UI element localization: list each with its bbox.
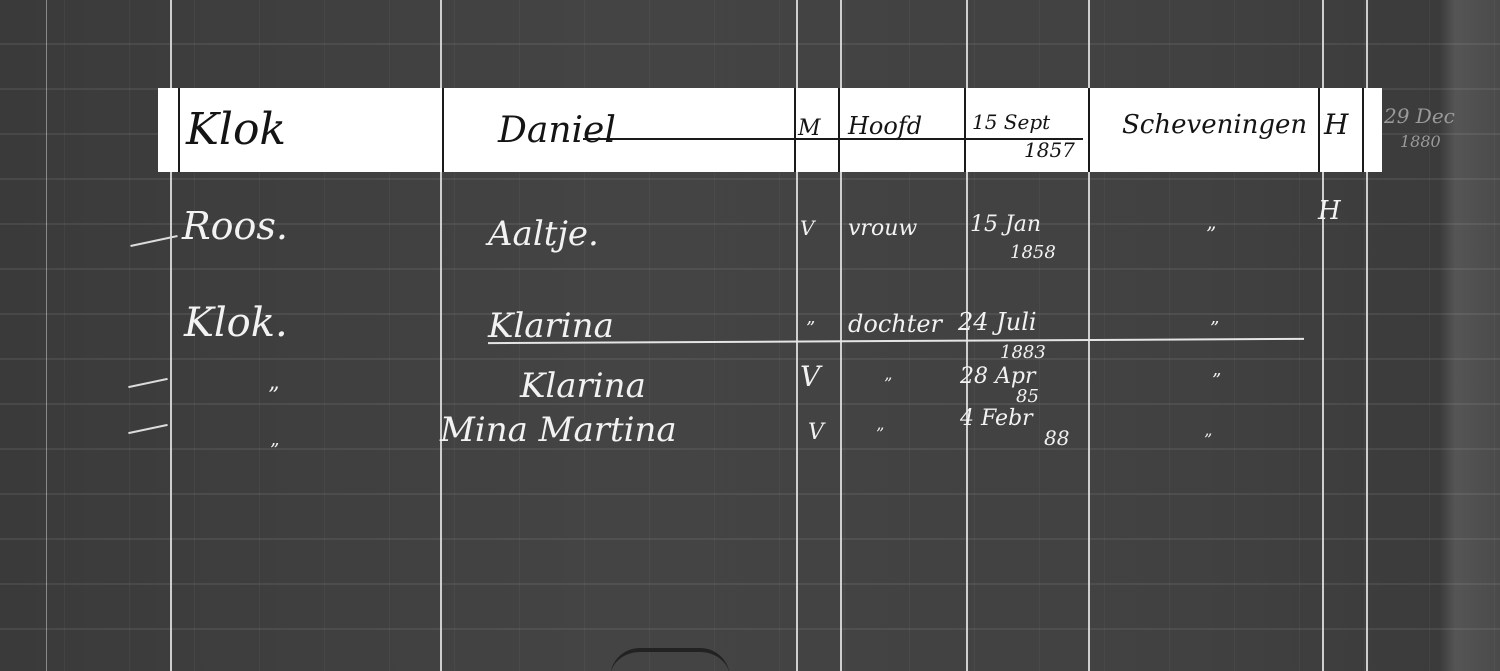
- register-page: Klok Daniel M Hoofd 15 Sept 1857 Scheven…: [0, 0, 1500, 671]
- cell-sex: V: [808, 420, 824, 445]
- cell-birth-year: 1858: [1010, 242, 1056, 263]
- cell-sex: V: [800, 360, 820, 393]
- cell-first-name: Daniel: [498, 110, 616, 151]
- row-marker-dash: [128, 378, 168, 388]
- column-rule: [838, 88, 840, 172]
- column-rule: [794, 88, 796, 172]
- cell-surname: Klok: [186, 104, 286, 155]
- strike-through-line: [583, 138, 1083, 140]
- cell-birth-year: 88: [1044, 426, 1069, 450]
- cell-relation: ”: [876, 424, 884, 443]
- cell-religion: H: [1324, 108, 1348, 141]
- cell-relation: dochter: [848, 310, 942, 338]
- cell-religion: H: [1318, 196, 1341, 226]
- cell-birth-year: 1883: [1000, 342, 1046, 363]
- column-rule: [1362, 88, 1364, 172]
- column-rule: [1318, 88, 1320, 172]
- cell-birth-date: 15 Sept: [972, 110, 1050, 134]
- cell-first-name: Mina Martina: [440, 410, 677, 450]
- column-rule: [1088, 88, 1090, 172]
- cell-birth-date: 24 Juli: [958, 308, 1037, 336]
- column-rule: [964, 88, 966, 172]
- cell-first-name: Aaltje.: [488, 214, 599, 254]
- cell-note-year: 1880: [1400, 132, 1441, 151]
- cell-birth-place: ”: [1210, 318, 1219, 339]
- cell-surname: Roos.: [182, 204, 288, 248]
- cell-relation: vrouw: [848, 216, 917, 241]
- cell-note-date: 29 Dec: [1384, 104, 1455, 128]
- cell-birth-date: 4 Febr: [960, 406, 1033, 431]
- cell-surname: ”: [270, 440, 279, 461]
- highlighted-record-row[interactable]: Klok Daniel M Hoofd 15 Sept 1857 Scheven…: [158, 88, 1382, 172]
- cell-first-name: Klarina: [488, 306, 614, 346]
- row-marker-dash: [128, 424, 168, 434]
- cell-relation: Hoofd: [848, 112, 922, 140]
- cell-sex: ”: [806, 318, 815, 339]
- cell-birth-place: ”: [1212, 370, 1221, 391]
- cell-surname: Klok.: [184, 300, 288, 346]
- ink-smudge: [610, 648, 730, 671]
- cell-surname: ”: [268, 384, 279, 409]
- column-rule: [178, 88, 180, 172]
- cell-birth-year: 1857: [1024, 138, 1075, 162]
- cell-sex: V: [800, 216, 814, 240]
- cell-birth-place: ”: [1204, 430, 1212, 449]
- cell-birth-place: ”: [1206, 222, 1216, 246]
- column-rule: [46, 0, 47, 671]
- cell-relation: ”: [884, 374, 892, 393]
- cell-birth-date: 15 Jan: [970, 212, 1041, 237]
- cell-birth-year: 85: [1016, 386, 1039, 407]
- cell-first-name: Klarina: [520, 366, 646, 406]
- cell-sex: M: [798, 116, 821, 141]
- column-rule: [442, 88, 444, 172]
- cell-birth-place: Scheveningen: [1122, 110, 1307, 140]
